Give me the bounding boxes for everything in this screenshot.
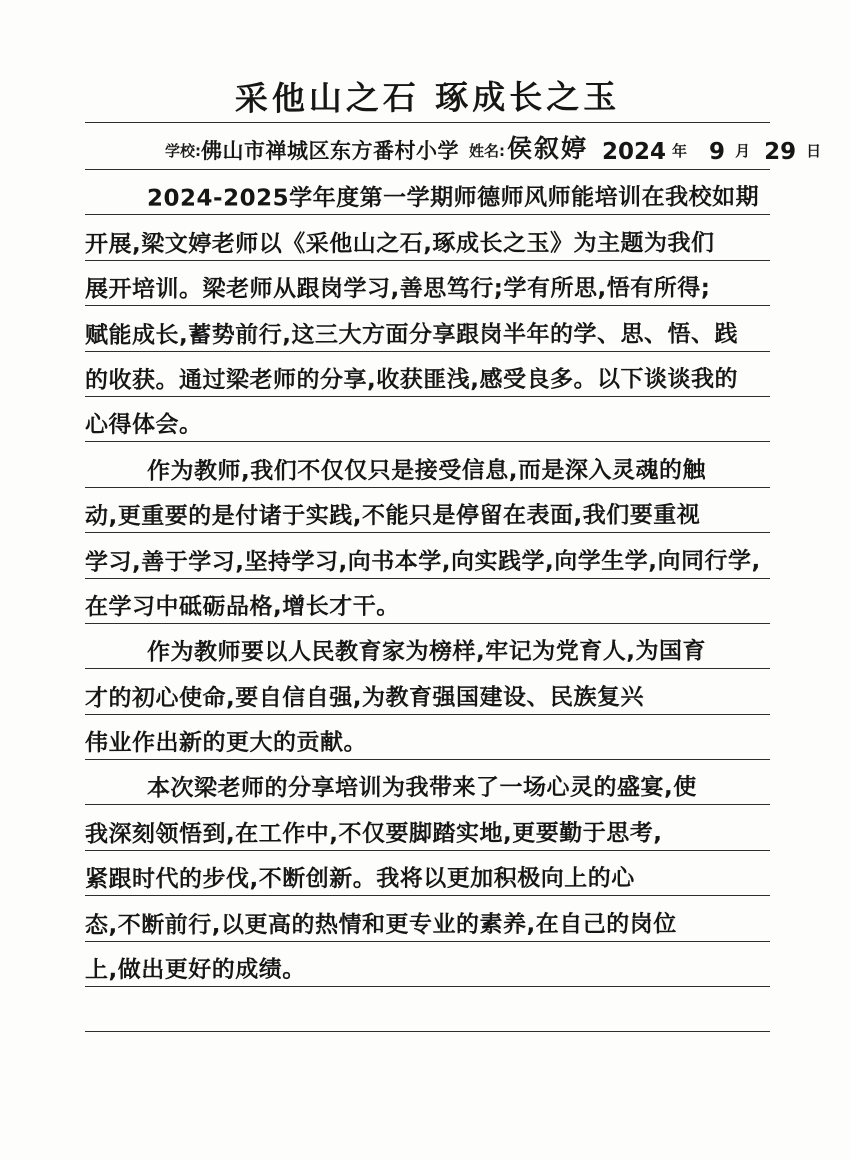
line-text: 本次梁老师的分享培训为我带来了一场心灵的盛宴,使 bbox=[147, 769, 697, 803]
line-text: 紧跟时代的步伐,不断创新。我将以更加积极向上的心 bbox=[85, 860, 635, 894]
handwritten-line: 作为教师,我们不仅仅只是接受信息,而是深入灵魂的触 bbox=[85, 442, 770, 487]
empty-ruled-line bbox=[85, 987, 770, 1032]
paper-sheet: 采他山之石 琢成长之玉 学校: 佛山市禅城区东方番村小学 姓名: 侯叙婷 202… bbox=[85, 0, 770, 1160]
line-text: 展开培训。梁老师从跟岗学习,善思笃行;学有所思,悟有所得; bbox=[85, 270, 710, 304]
handwritten-line: 心得体会。 bbox=[85, 397, 770, 442]
handwritten-line: 展开培训。梁老师从跟岗学习,善思笃行;学有所思,悟有所得; bbox=[85, 261, 770, 306]
line-text: 态,不断前行,以更高的热情和更专业的素养,在自己的岗位 bbox=[85, 905, 677, 939]
line-text: 上,做出更好的成绩。 bbox=[85, 951, 306, 984]
line-text: 的收获。通过梁老师的分享,收获匪浅,感受良多。以下谈谈我的 bbox=[85, 360, 738, 394]
line-text: 赋能成长,蓄势前行,这三大方面分享跟岗半年的学、思、悟、践 bbox=[85, 315, 738, 349]
line-text: 心得体会。 bbox=[85, 406, 203, 439]
line-text: 在学习中砥砺品格,增长才干。 bbox=[85, 588, 400, 622]
handwritten-line: 本次梁老师的分享培训为我带来了一场心灵的盛宴,使 bbox=[85, 760, 770, 805]
school-label: 学校: bbox=[165, 140, 201, 165]
ruled-lines: 2024-2025学年度第一学期师德师风师能培训在我校如期开展,梁文婷老师以《采… bbox=[85, 170, 770, 1032]
date-month-unit: 月 bbox=[735, 140, 750, 165]
handwritten-line: 在学习中砥砺品格,增长才干。 bbox=[85, 579, 770, 624]
document-page: 采他山之石 琢成长之玉 学校: 佛山市禅城区东方番村小学 姓名: 侯叙婷 202… bbox=[0, 0, 850, 1160]
date-year-unit: 年 bbox=[672, 140, 687, 165]
handwritten-line: 作为教师要以人民教育家为榜样,牢记为党育人,为国育 bbox=[85, 624, 770, 669]
date-year: 2024 bbox=[602, 139, 666, 165]
line-text: 2024-2025学年度第一学期师德师风师能培训在我校如期 bbox=[147, 179, 759, 213]
handwritten-line: 2024-2025学年度第一学期师德师风师能培训在我校如期 bbox=[85, 170, 770, 215]
student-name: 侯叙婷 bbox=[507, 129, 588, 165]
line-text: 动,更重要的是付诸于实践,不能只是停留在表面,我们要重视 bbox=[85, 496, 700, 530]
date-day-unit: 日 bbox=[806, 140, 821, 165]
header-row: 学校: 佛山市禅城区东方番村小学 姓名: 侯叙婷 2024 年 9 月 29 日 bbox=[85, 122, 770, 170]
handwritten-line: 学习,善于学习,坚持学习,向书本学,向实践学,向学生学,向同行学, bbox=[85, 533, 770, 578]
handwritten-line: 紧跟时代的步伐,不断创新。我将以更加积极向上的心 bbox=[85, 851, 770, 896]
date-day: 29 bbox=[764, 139, 796, 165]
line-text: 才的初心使命,要自信自强,为教育强国建设、民族复兴 bbox=[85, 678, 644, 712]
handwritten-line: 动,更重要的是付诸于实践,不能只是停留在表面,我们要重视 bbox=[85, 488, 770, 533]
line-text: 伟业作出新的更大的贡献。 bbox=[85, 724, 367, 758]
date-month: 9 bbox=[709, 139, 725, 165]
page-title: 采他山之石 琢成长之玉 bbox=[85, 70, 770, 121]
handwritten-line: 伟业作出新的更大的贡献。 bbox=[85, 715, 770, 760]
handwritten-line: 开展,梁文婷老师以《采他山之石,琢成长之玉》为主题为我们 bbox=[85, 215, 770, 260]
name-label: 姓名: bbox=[469, 140, 505, 165]
line-text: 作为教师,我们不仅仅只是接受信息,而是深入灵魂的触 bbox=[147, 451, 706, 485]
handwritten-line: 上,做出更好的成绩。 bbox=[85, 942, 770, 987]
line-text: 学习,善于学习,坚持学习,向书本学,向实践学,向学生学,向同行学, bbox=[85, 542, 761, 576]
handwritten-line: 的收获。通过梁老师的分享,收获匪浅,感受良多。以下谈谈我的 bbox=[85, 352, 770, 397]
handwritten-line: 态,不断前行,以更高的热情和更专业的素养,在自己的岗位 bbox=[85, 896, 770, 941]
line-text: 我深刻领悟到,在工作中,不仅要脚踏实地,更要勤于思考, bbox=[85, 814, 663, 848]
line-text: 开展,梁文婷老师以《采他山之石,琢成长之玉》为主题为我们 bbox=[85, 224, 715, 258]
school-name: 佛山市禅城区东方番村小学 bbox=[201, 135, 459, 165]
handwritten-line: 赋能成长,蓄势前行,这三大方面分享跟岗半年的学、思、悟、践 bbox=[85, 306, 770, 351]
handwritten-line: 才的初心使命,要自信自强,为教育强国建设、民族复兴 bbox=[85, 669, 770, 714]
line-text: 作为教师要以人民教育家为榜样,牢记为党育人,为国育 bbox=[147, 633, 706, 667]
handwritten-line: 我深刻领悟到,在工作中,不仅要脚踏实地,更要勤于思考, bbox=[85, 805, 770, 850]
